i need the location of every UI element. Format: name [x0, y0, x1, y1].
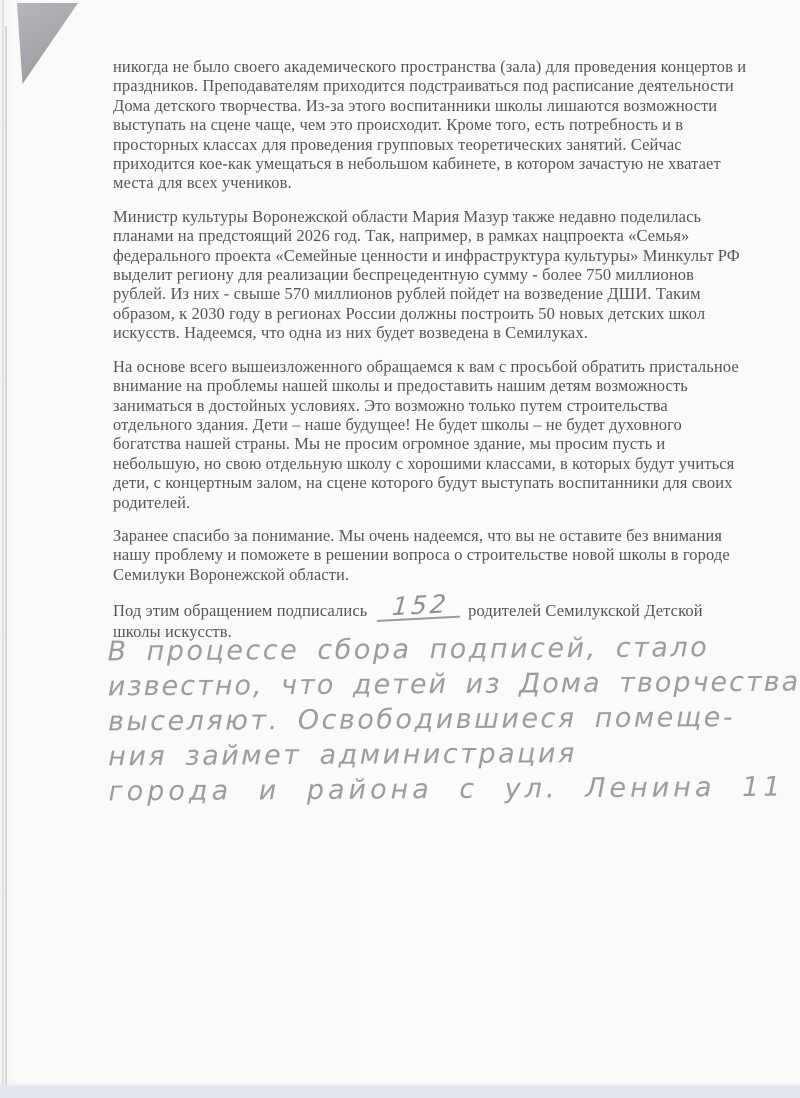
scan-left-edge-shadow	[5, 26, 7, 1098]
letter-paragraph-1: никогда не было своего академического пр…	[113, 57, 747, 193]
handwritten-signature-count: 152	[377, 594, 462, 622]
signature-text-before: Под этим обращением подписались	[113, 601, 367, 620]
letter-paragraph-2: Министр культуры Воронежской области Мар…	[113, 207, 747, 343]
handwritten-line-5: города и района с ул. Ленина 11	[108, 770, 788, 810]
letter-paragraph-4: Заранее спасибо за понимание. Мы очень н…	[113, 526, 747, 584]
handwritten-line-4: ния займет администрация	[108, 735, 788, 775]
scan-left-edge-line	[2, 0, 4, 1098]
scanned-letter-page: никогда не было своего академического пр…	[0, 0, 800, 1098]
handwritten-line-1: В процессе сбора подписей, стало	[107, 630, 787, 670]
handwritten-note: В процессе сбора подписей, стало известн…	[107, 630, 788, 810]
folded-corner-triangle	[17, 3, 78, 84]
handwritten-line-2: известно, что детей из Дома творчества	[108, 665, 788, 705]
letter-body: никогда не было своего академического пр…	[113, 57, 747, 656]
handwritten-line-3: выселяют. Освободившиеся помеще-	[108, 700, 788, 740]
scan-bottom-strip	[0, 1086, 800, 1098]
letter-paragraph-3: На основе всего вышеизложенного обращаем…	[113, 357, 747, 512]
